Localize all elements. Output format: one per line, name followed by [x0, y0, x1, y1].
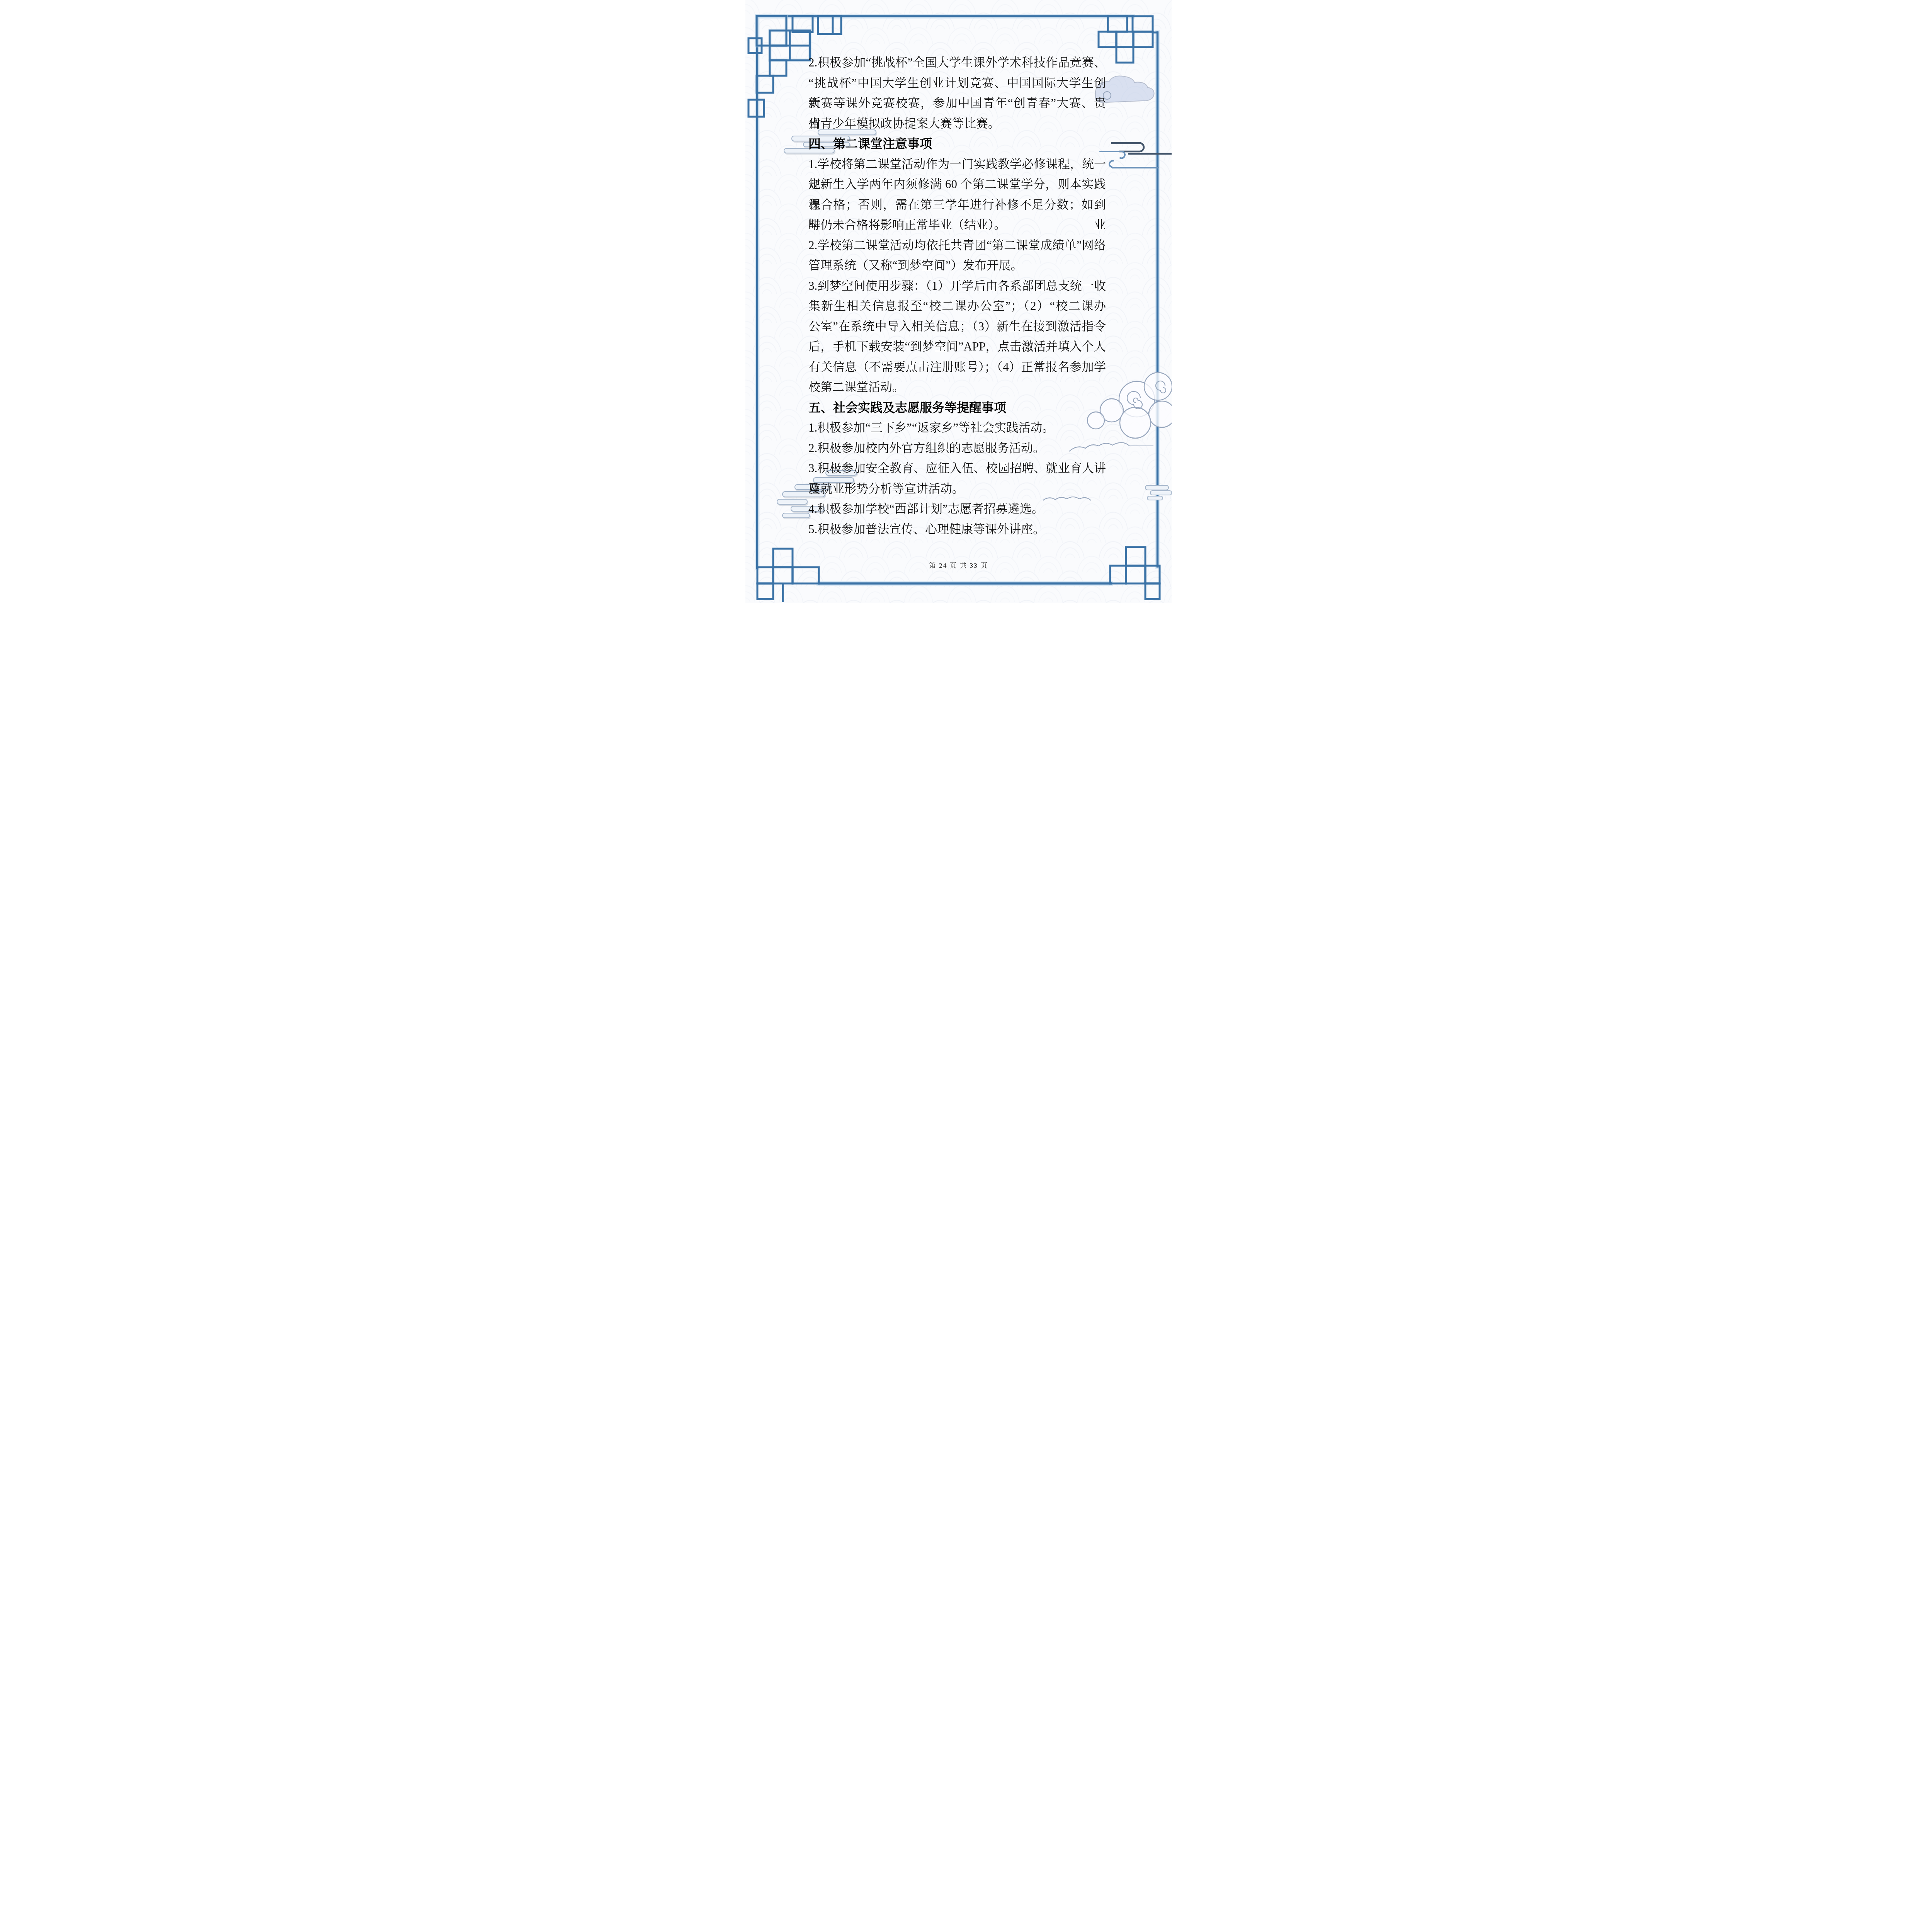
page-footer: 第 24 页 共 33 页 — [745, 560, 1172, 570]
section-heading: 四、第二课堂注意事项 — [808, 134, 1106, 154]
paragraph: 2.积极参加校内外官方组织的志愿服务活动。 — [808, 438, 1106, 459]
text-line: 4.积极参加学校“西部计划”志愿者招募遴选。 — [808, 499, 1106, 519]
text-line: 有关信息（不需要点击注册账号）；（4）正常报名参加学 — [808, 357, 1106, 378]
ribbon-cloud-right-icon — [1100, 143, 1172, 168]
text-line: 省青少年模拟政协提案大赛等比赛。 — [808, 114, 1106, 134]
page-number: 第 24 页 共 33 页 — [929, 561, 988, 569]
section-heading: 五、社会实践及志愿服务等提醒事项 — [808, 398, 1106, 418]
text-line: 1.学校将第二课堂活动作为一门实践教学必修课程，统一规 — [808, 154, 1106, 175]
text-line: 校第二课堂活动。 — [808, 377, 1106, 398]
text-line: 四、第二课堂注意事项 — [808, 134, 1106, 154]
paragraph: 2.学校第二课堂活动均依托共青团“第二课堂成绩单”网络管理系统（又称“到梦空间”… — [808, 235, 1106, 276]
text-line: 大赛等课外竞赛校赛，参加中国青年“创青春”大赛、贵州 — [808, 93, 1106, 114]
lattice-fret-bottom-left-icon — [757, 549, 819, 602]
document-content: 2.积极参加“挑战杯”全国大学生课外学术科技作品竞赛、“挑战杯”中国大学生创业计… — [808, 53, 1106, 539]
paragraph: 3.积极参加安全教育、应征入伍、校园招聘、就业育人讲座及就业形势分析等宣讲活动。 — [808, 458, 1106, 499]
text-line: 管理系统（又称“到梦空间”）发布开展。 — [808, 255, 1106, 276]
lattice-fret-bottom-right-icon — [1110, 547, 1160, 599]
text-line: 定新生入学两年内须修满 60 个第二课堂学分，则本实践课 — [808, 174, 1106, 195]
text-line: 后，手机下载安装“到梦空间”APP，点击激活并填入个人 — [808, 337, 1106, 357]
text-line: 2.学校第二课堂活动均依托共青团“第二课堂成绩单”网络 — [808, 235, 1106, 256]
paragraph: 1.学校将第二课堂活动作为一门实践教学必修课程，统一规定新生入学两年内须修满 6… — [808, 154, 1106, 235]
text-line: 2.积极参加校内外官方组织的志愿服务活动。 — [808, 438, 1106, 459]
text-line: 5.积极参加普法宣传、心理健康等课外讲座。 — [808, 519, 1106, 540]
text-line: 及就业形势分析等宣讲活动。 — [808, 479, 1106, 499]
document-page: 2.积极参加“挑战杯”全国大学生课外学术科技作品竞赛、“挑战杯”中国大学生创业计… — [745, 0, 1172, 603]
lattice-fret-top-right-icon — [1099, 16, 1158, 63]
paragraph: 2.积极参加“挑战杯”全国大学生课外学术科技作品竞赛、“挑战杯”中国大学生创业计… — [808, 53, 1106, 134]
text-line: 五、社会实践及志愿服务等提醒事项 — [808, 398, 1106, 418]
text-line: 公室”在系统中导入相关信息；（3）新生在接到激活指令 — [808, 316, 1106, 337]
text-line: 程合格；否则，需在第三学年进行补修不足分数；如到毕业 — [808, 195, 1106, 215]
text-line: 1.积极参加“三下乡”“返家乡”等社会实践活动。 — [808, 418, 1106, 438]
paragraph: 3.到梦空间使用步骤：（1）开学后由各系部团总支统一收集新生相关信息报至“校二课… — [808, 276, 1106, 398]
text-line: “挑战杯”中国大学生创业计划竞赛、中国国际大学生创新 — [808, 73, 1106, 94]
text-line: 3.到梦空间使用步骤：（1）开学后由各系部团总支统一收 — [808, 276, 1106, 296]
paragraph: 5.积极参加普法宣传、心理健康等课外讲座。 — [808, 519, 1106, 540]
text-line: 集新生相关信息报至“校二课办公室”；（2）“校二课办 — [808, 296, 1106, 316]
paragraph: 1.积极参加“三下乡”“返家乡”等社会实践活动。 — [808, 418, 1106, 438]
text-line: 3.积极参加安全教育、应征入伍、校园招聘、就业育人讲座 — [808, 458, 1106, 479]
text-line: 2.积极参加“挑战杯”全国大学生课外学术科技作品竞赛、 — [808, 53, 1106, 73]
paragraph: 4.积极参加学校“西部计划”志愿者招募遴选。 — [808, 499, 1106, 519]
